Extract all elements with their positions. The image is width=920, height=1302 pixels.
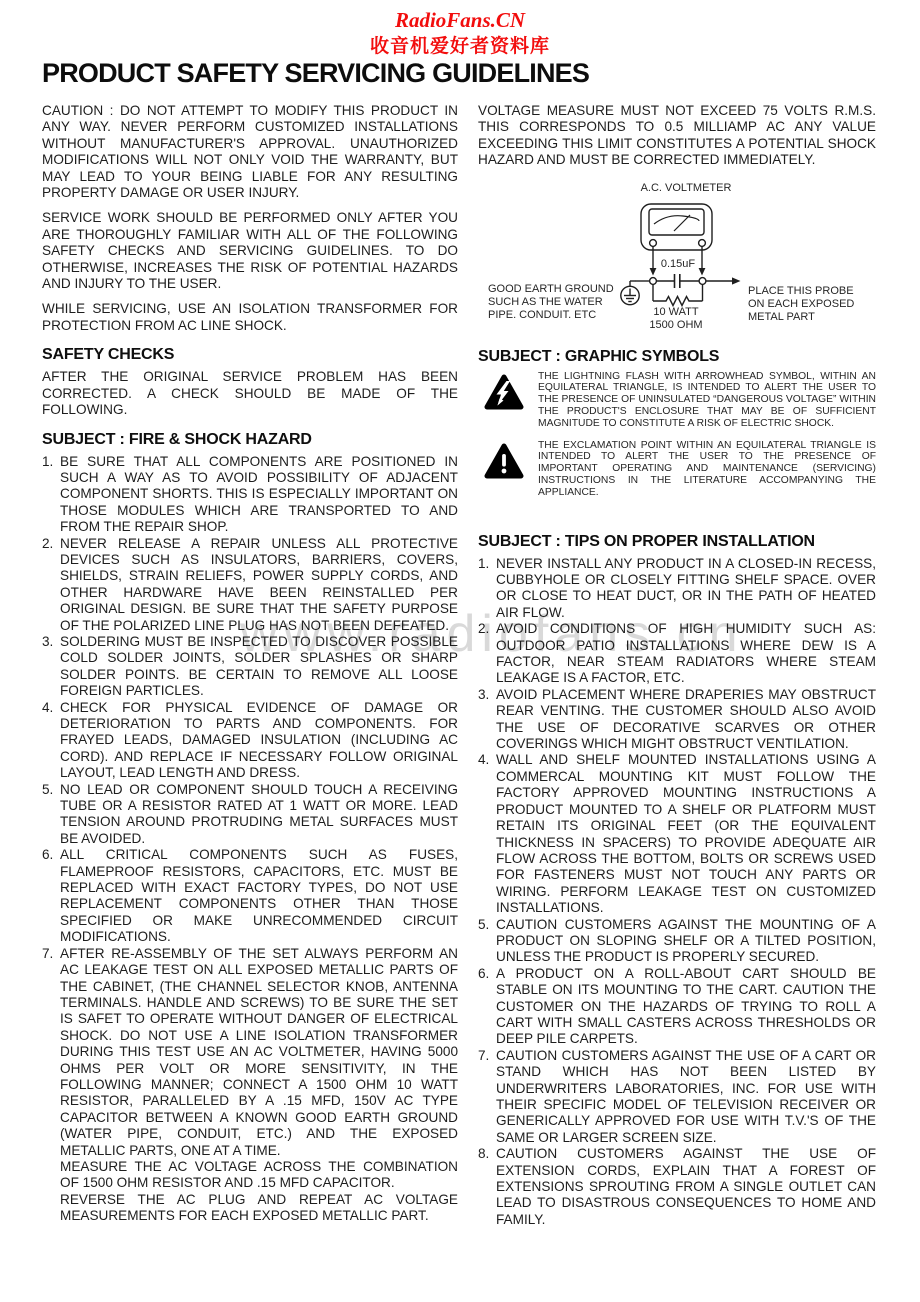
item-number: 6.: [42, 847, 53, 863]
page-title: PRODUCT SAFETY SERVICING GUIDELINES: [42, 58, 589, 89]
site-watermark-line1: RadioFans.CN: [0, 8, 920, 33]
item-number: 7.: [478, 1048, 489, 1064]
tips-heading: SUBJECT : TIPS ON PROPER INSTALLATION: [478, 533, 876, 551]
item-number: 1.: [478, 556, 489, 572]
list-item: 3.AVOID PLACEMENT WHERE DRAPERIES MAY OB…: [478, 687, 876, 753]
item-text: AFTER RE-ASSEMBLY OF THE SET ALWAYS PERF…: [60, 946, 458, 1224]
list-item: 2.NEVER RELEASE A REPAIR UNLESS ALL PROT…: [42, 536, 458, 634]
fire-shock-list: 1.BE SURE THAT ALL COMPONENTS ARE POSITI…: [42, 454, 458, 1225]
item-text: NEVER RELEASE A REPAIR UNLESS ALL PROTEC…: [60, 536, 458, 633]
item-text: CHECK FOR PHYSICAL EVIDENCE OF DAMAGE OR…: [60, 700, 458, 781]
list-item: 4.WALL AND SHELF MOUNTED INSTALLATIONS U…: [478, 752, 876, 916]
capacitor-icon: [675, 274, 680, 288]
item-number: 2.: [42, 536, 53, 552]
item-text: NO LEAD OR COMPONENT SHOULD TOUCH A RECE…: [60, 782, 458, 846]
item-number: 3.: [42, 634, 53, 650]
list-item: 5.CAUTION CUSTOMERS AGAINST THE MOUNTING…: [478, 917, 876, 966]
exclamation-triangle-icon: [484, 443, 524, 480]
item-text: AVOID PLACEMENT WHERE DRAPERIES MAY OBST…: [496, 687, 876, 751]
earth-ground-icon: [621, 281, 639, 305]
item-number: 1.: [42, 454, 53, 470]
item-number: 4.: [42, 700, 53, 716]
lightning-triangle-icon: [484, 374, 524, 411]
list-item: 6.A PRODUCT ON A ROLL-ABOUT CART SHOULD …: [478, 966, 876, 1048]
item-text: A PRODUCT ON A ROLL-ABOUT CART SHOULD BE…: [496, 966, 876, 1047]
lightning-symbol-row: THE LIGHTNING FLASH WITH ARROWHEAD SYMBO…: [478, 371, 876, 430]
item-text: AVOID CONDITIONS OF HIGH HUMIDITY SUCH A…: [496, 621, 876, 685]
item-text: ALL CRITICAL COMPONENTS SUCH AS FUSES, F…: [60, 847, 458, 944]
item-number: 5.: [42, 782, 53, 798]
list-item: 5.NO LEAD OR COMPONENT SHOULD TOUCH A RE…: [42, 782, 458, 848]
list-item: 3.SOLDERING MUST BE INSPECTED TO DISCOVE…: [42, 634, 458, 700]
item-number: 5.: [478, 917, 489, 933]
right-column: VOLTAGE MEASURE MUST NOT EXCEED 75 VOLTS…: [478, 103, 876, 1228]
safety-checks-body: AFTER THE ORIGINAL SERVICE PROBLEM HAS B…: [42, 369, 458, 418]
capacitor-label: 0.15uF: [638, 258, 718, 271]
service-work-paragraph: SERVICE WORK SHOULD BE PERFORMED ONLY AF…: [42, 210, 458, 292]
voltmeter-label: A.C. VOLTMETER: [598, 182, 774, 195]
list-item: 7.AFTER RE-ASSEMBLY OF THE SET ALWAYS PE…: [42, 946, 458, 1225]
item-text: WALL AND SHELF MOUNTED INSTALLATIONS USI…: [496, 752, 876, 915]
list-item: 8.CAUTION CUSTOMERS AGAINST THE USE OF E…: [478, 1146, 876, 1228]
graphic-symbols-heading: SUBJECT : GRAPHIC SYMBOLS: [478, 348, 876, 366]
ac-leakage-test-diagram: A.C. VOLTMETER 0.15uF GOOD EARTH GROUND …: [478, 178, 876, 336]
resistor-label: 10 WATT 1500 OHM: [626, 306, 726, 332]
site-watermark-line2: 收音机爱好者资料库: [0, 31, 920, 58]
ground-label: GOOD EARTH GROUND SUCH AS THE WATER PIPE…: [488, 283, 614, 323]
probe-label: PLACE THIS PROBE ON EACH EXPOSED METAL P…: [748, 285, 854, 325]
caution-paragraph: CAUTION : DO NOT ATTEMPT TO MODIFY THIS …: [42, 103, 458, 201]
item-number: 4.: [478, 752, 489, 768]
left-column: CAUTION : DO NOT ATTEMPT TO MODIFY THIS …: [42, 103, 458, 1225]
list-item: 7.CAUTION CUSTOMERS AGAINST THE USE OF A…: [478, 1048, 876, 1146]
lightning-symbol-text: THE LIGHTNING FLASH WITH ARROWHEAD SYMBO…: [538, 371, 876, 430]
list-item: 2.AVOID CONDITIONS OF HIGH HUMIDITY SUCH…: [478, 621, 876, 687]
item-number: 7.: [42, 946, 53, 962]
resistor-icon: [653, 284, 703, 305]
exclamation-symbol-text: THE EXCLAMATION POINT WITHIN AN EQUILATE…: [538, 440, 876, 499]
list-item: 6.ALL CRITICAL COMPONENTS SUCH AS FUSES,…: [42, 847, 458, 945]
tips-list: 1.NEVER INSTALL ANY PRODUCT IN A CLOSED-…: [478, 556, 876, 1229]
isolation-transformer-paragraph: WHILE SERVICING, USE AN ISOLATION TRANSF…: [42, 301, 458, 334]
exclamation-symbol-row: THE EXCLAMATION POINT WITHIN AN EQUILATE…: [478, 440, 876, 499]
item-number: 6.: [478, 966, 489, 982]
item-text: BE SURE THAT ALL COMPONENTS ARE POSITION…: [60, 454, 458, 535]
list-item: 1.BE SURE THAT ALL COMPONENTS ARE POSITI…: [42, 454, 458, 536]
item-text: CAUTION CUSTOMERS AGAINST THE USE OF EXT…: [496, 1146, 876, 1227]
item-number: 8.: [478, 1146, 489, 1162]
item-number: 3.: [478, 687, 489, 703]
voltage-limit-paragraph: VOLTAGE MEASURE MUST NOT EXCEED 75 VOLTS…: [478, 103, 876, 169]
item-text: NEVER INSTALL ANY PRODUCT IN A CLOSED-IN…: [496, 556, 876, 620]
item-number: 2.: [478, 621, 489, 637]
item-text: CAUTION CUSTOMERS AGAINST THE USE OF A C…: [496, 1048, 876, 1145]
item-text: CAUTION CUSTOMERS AGAINST THE MOUNTING O…: [496, 917, 876, 965]
fire-shock-heading: SUBJECT : FIRE & SHOCK HAZARD: [42, 431, 458, 449]
list-item: 4.CHECK FOR PHYSICAL EVIDENCE OF DAMAGE …: [42, 700, 458, 782]
list-item: 1.NEVER INSTALL ANY PRODUCT IN A CLOSED-…: [478, 556, 876, 622]
safety-checks-heading: SAFETY CHECKS: [42, 346, 458, 364]
item-text: SOLDERING MUST BE INSPECTED TO DISCOVER …: [60, 634, 458, 698]
